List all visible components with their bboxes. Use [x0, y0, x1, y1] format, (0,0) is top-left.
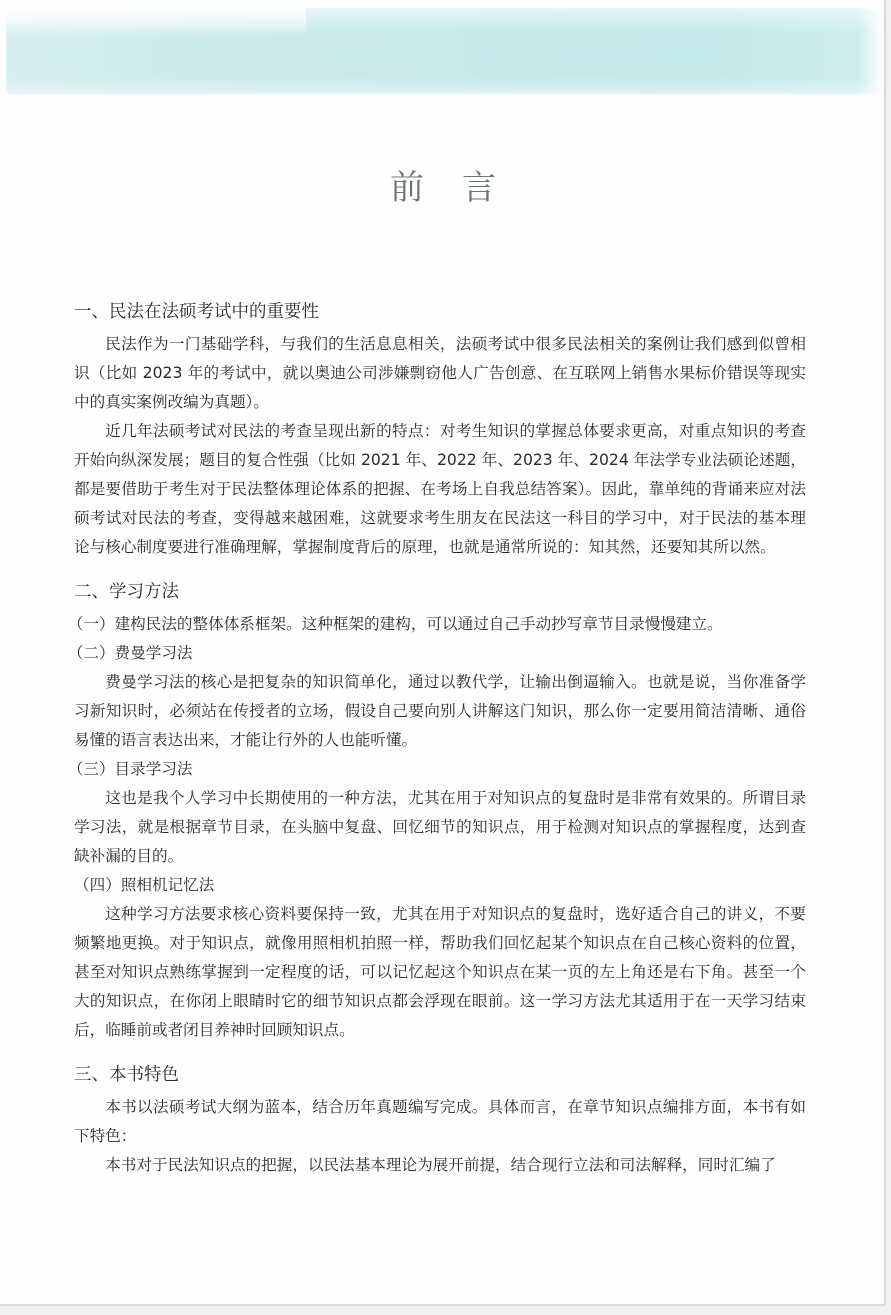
paragraph: 本书对于民法知识点的把握，以民法基本理论为展开前提，结合现行立法和司法解释，同时… — [74, 1151, 806, 1180]
page-title: 前言 — [0, 160, 886, 209]
paragraph: 费曼学习法的核心是把复杂的知识简单化，通过以教代学，让输出倒逼输入。也就是说，当… — [74, 668, 806, 755]
subheading-3: （三）目录学习法 — [74, 755, 806, 784]
section-heading-3: 三、本书特色 — [74, 1059, 806, 1091]
page-content: 一、民法在法硕考试中的重要性 民法作为一门基础学科，与我们的生活息息相关，法硕考… — [74, 296, 806, 1180]
document-page: 前言 一、民法在法硕考试中的重要性 民法作为一门基础学科，与我们的生活息息相关，… — [0, 0, 886, 1306]
subheading-1: （一）建构民法的整体体系框架。这种框架的建构，可以通过自己手动抄写章节目录慢慢建… — [74, 610, 806, 639]
paragraph: 民法作为一门基础学科，与我们的生活息息相关，法硕考试中很多民法相关的案例让我们感… — [74, 330, 806, 417]
paragraph: 这也是我个人学习中长期使用的一种方法，尤其在用于对知识点的复盘时是非常有效果的。… — [74, 784, 806, 871]
subheading-4: （四）照相机记忆法 — [74, 871, 806, 900]
section-heading-1: 一、民法在法硕考试中的重要性 — [74, 296, 806, 328]
header-brush-decoration — [6, 8, 884, 94]
paragraph: 本书以法硕考试大纲为蓝本，结合历年真题编写完成。具体而言，在章节知识点编排方面，… — [74, 1093, 806, 1151]
subheading-2: （二）费曼学习法 — [74, 639, 806, 668]
paragraph: 近几年法硕考试对民法的考查呈现出新的特点：对考生知识的掌握总体要求更高，对重点知… — [74, 417, 806, 562]
paragraph: 这种学习方法要求核心资料要保持一致，尤其在用于对知识点的复盘时，选好适合自己的讲… — [74, 900, 806, 1045]
section-heading-2: 二、学习方法 — [74, 576, 806, 608]
